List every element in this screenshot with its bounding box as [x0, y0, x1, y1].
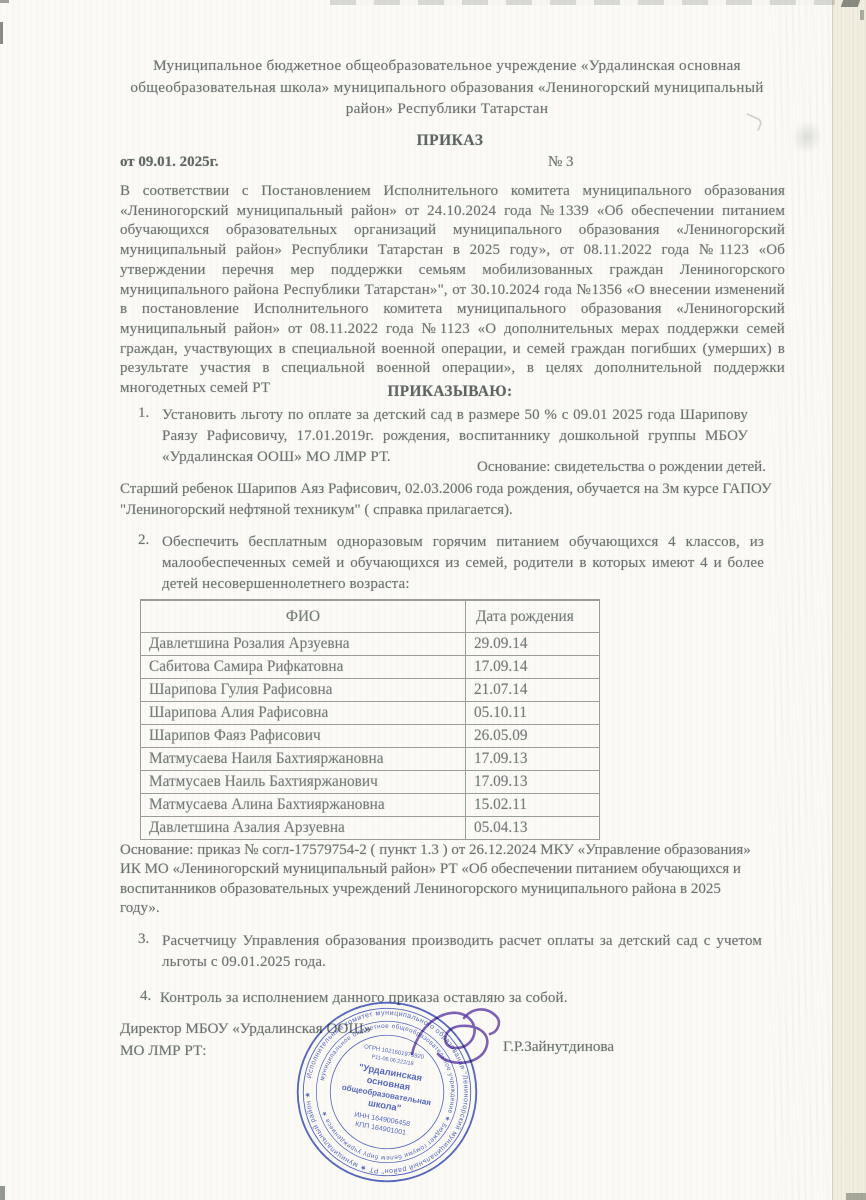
item-2-number: 2. — [138, 532, 149, 549]
order-number: № 3 — [548, 154, 574, 171]
organization-title: Муниципальное бюджетное общеобразователь… — [113, 55, 781, 120]
item-4-number: 4. — [140, 988, 151, 1005]
cell-pupil-name: Матмусаев Наиль Бахтияржанович — [141, 771, 466, 794]
table-row: Матмусаева Наиля Бахтияржановна17.09.13 — [141, 748, 600, 771]
cell-pupil-name: Шарипов Фаяз Рафисович — [141, 725, 466, 748]
cell-birthdate: 17.09.13 — [466, 748, 600, 771]
cell-pupil-name: Сабитова Самира Рифкатовна — [141, 656, 466, 679]
table-row: Давлетшина Розалия Арзуевна29.09.14 — [141, 633, 600, 656]
column-header-birthdate: Дата рождения — [466, 600, 600, 633]
scan-artifact — [841, 0, 861, 7]
cell-pupil-name: Шарипова Гулия Рафисовна — [141, 679, 466, 702]
item-1-basis: Основание: свидетельства о рождении дете… — [477, 459, 766, 476]
table-row: Шарипова Алия Рафисовна05.10.11 — [141, 702, 600, 725]
item-3-text: Расчетчицу Управления образования произв… — [162, 931, 762, 973]
table-row: Матмусаева Алина Бахтияржановна15.02.11 — [141, 794, 600, 817]
item-3-number: 3. — [138, 931, 149, 948]
cell-birthdate: 29.09.14 — [466, 633, 600, 656]
scan-artifact — [330, 0, 835, 5]
cell-birthdate: 15.02.11 — [466, 794, 600, 817]
table-row: Шарипова Гулия Рафисовна21.07.14 — [141, 679, 600, 702]
pupils-table: ФИО Дата рождения Давлетшина Розалия Арз… — [140, 599, 600, 840]
scan-artifact — [0, 22, 3, 44]
scan-artifact — [832, 0, 866, 1200]
cell-pupil-name: Давлетшина Азалия Арзуевна — [141, 817, 466, 840]
cell-birthdate: 17.09.13 — [466, 771, 600, 794]
cell-pupil-name: Матмусаева Наиля Бахтияржановна — [141, 748, 466, 771]
table-row: Шарипов Фаяз Рафисович26.05.09 — [141, 725, 600, 748]
handwritten-signature — [398, 996, 518, 1084]
scan-artifact — [0, 0, 9, 3]
director-position-line2: МО ЛМР РТ: — [120, 1042, 206, 1060]
item-2-text: Обеспечить бесплатным одноразовым горячи… — [162, 532, 764, 595]
scan-artifact — [770, 0, 832, 1200]
table-header-row: ФИО Дата рождения — [141, 600, 600, 633]
column-header-name: ФИО — [141, 600, 466, 633]
preamble-paragraph: В соответствии с Постановлением Исполнит… — [120, 182, 785, 399]
basis-paragraph: Основание: приказ № согл-17579754-2 ( пу… — [120, 841, 760, 918]
order-date: от 09.01. 2025г. — [120, 154, 219, 171]
document-type-heading: ПРИКАЗ — [120, 132, 780, 150]
scan-artifact — [0, 1186, 5, 1200]
cell-birthdate: 05.10.11 — [466, 702, 600, 725]
cell-pupil-name: Шарипова Алия Рафисовна — [141, 702, 466, 725]
scan-artifact — [846, 1193, 866, 1200]
cell-birthdate: 21.07.14 — [466, 679, 600, 702]
item-1-note: Старший ребенок Шарипов Аяз Рафисович, 0… — [120, 479, 776, 520]
item-1-number: 1. — [138, 405, 149, 422]
order-verb-heading: ПРИКАЗЫВАЮ: — [120, 383, 780, 401]
scan-artifact — [860, 10, 864, 20]
director-name: Г.Р.Зайнутдинова — [503, 1038, 614, 1056]
table-row: Матмусаев Наиль Бахтияржанович17.09.13 — [141, 771, 600, 794]
table-row: Сабитова Самира Рифкатовна17.09.14 — [141, 656, 600, 679]
cell-pupil-name: Матмусаева Алина Бахтияржановна — [141, 794, 466, 817]
pupils-table-body: Давлетшина Розалия Арзуевна29.09.14Сабит… — [141, 633, 600, 840]
scanned-order-document: Муниципальное бюджетное общеобразователь… — [0, 0, 866, 1200]
cell-birthdate: 26.05.09 — [466, 725, 600, 748]
cell-birthdate: 17.09.14 — [466, 656, 600, 679]
cell-pupil-name: Давлетшина Розалия Арзуевна — [141, 633, 466, 656]
table-row: Давлетшина Азалия Арзуевна05.04.13 — [141, 817, 600, 840]
cell-birthdate: 05.04.13 — [466, 817, 600, 840]
